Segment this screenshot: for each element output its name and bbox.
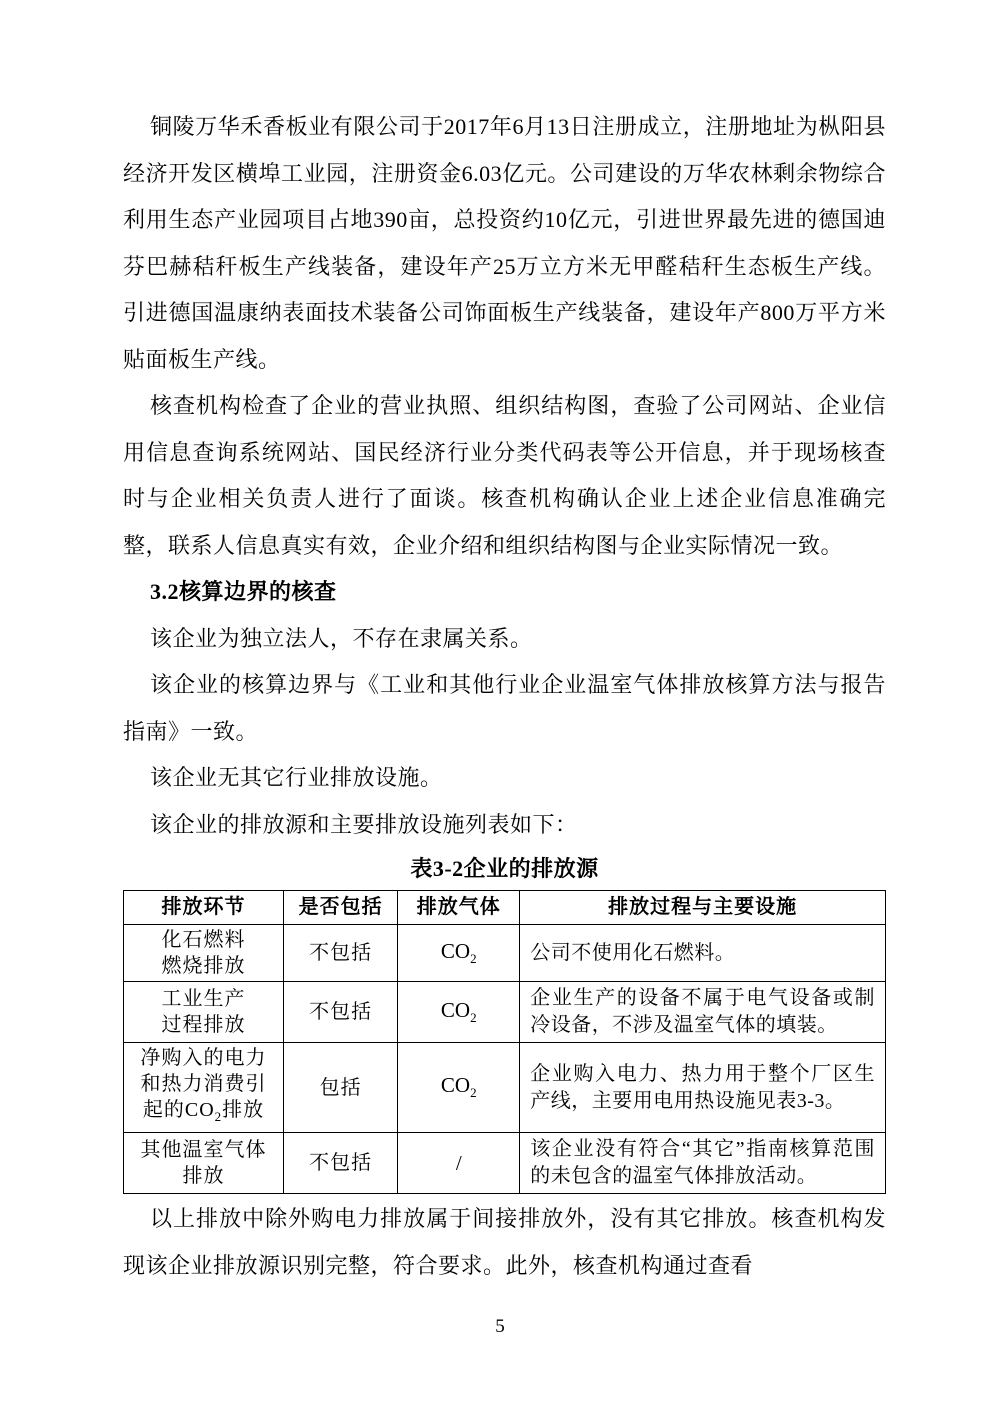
header-process-equipment: 排放过程与主要设施 <box>520 891 886 925</box>
header-included: 是否包括 <box>284 891 398 925</box>
table-body: 化石燃料燃烧排放不包括CO2公司不使用化石燃料。工业生产过程排放不包括CO2企业… <box>124 925 886 1194</box>
paragraph-closing: 以上排放中除外购电力排放属于间接排放外，没有其它排放。核查机构发现该企业排放源识… <box>123 1196 886 1289</box>
table-title: 表3-2企业的排放源 <box>123 848 886 890</box>
document-page: 铜陵万华禾香板业有限公司于2017年6月13日注册成立，注册地址为枞阳县经济开发… <box>0 0 1000 1289</box>
emission-gas-cell: CO2 <box>398 982 520 1043</box>
process-equipment-cell: 企业购入电力、热力用于整个厂区生产线，主要用电用热设施见表3-3。 <box>520 1043 886 1133</box>
table-row: 工业生产过程排放不包括CO2企业生产的设备不属于电气设备或制冷设备，不涉及温室气… <box>124 982 886 1043</box>
table-header-row: 排放环节 是否包括 排放气体 排放过程与主要设施 <box>124 891 886 925</box>
page-number: 5 <box>0 1316 1000 1338</box>
emission-gas-cell: CO2 <box>398 1043 520 1133</box>
table-row: 化石燃料燃烧排放不包括CO2公司不使用化石燃料。 <box>124 925 886 982</box>
section-paragraph-list-intro: 该企业的排放源和主要排放设施列表如下： <box>123 802 886 849</box>
included-cell: 不包括 <box>284 1133 398 1194</box>
section-paragraph-legal-entity: 该企业为独立法人，不存在隶属关系。 <box>123 616 886 663</box>
process-equipment-cell: 企业生产的设备不属于电气设备或制冷设备，不涉及温室气体的填装。 <box>520 982 886 1043</box>
included-cell: 不包括 <box>284 982 398 1043</box>
emission-gas-cell: CO2 <box>398 925 520 982</box>
paragraph-company-intro: 铜陵万华禾香板业有限公司于2017年6月13日注册成立，注册地址为枞阳县经济开发… <box>123 104 886 383</box>
table-row: 净购入的电力和热力消费引起的CO2排放包括CO2企业购入电力、热力用于整个厂区生… <box>124 1043 886 1133</box>
process-equipment-cell: 该企业没有符合“其它”指南核算范围的未包含的温室气体排放活动。 <box>520 1133 886 1194</box>
section-heading: 3.2核算边界的核查 <box>123 569 886 616</box>
paragraph-verification-check: 核查机构检查了企业的营业执照、组织结构图，查验了公司网站、企业信用信息查询系统网… <box>123 383 886 569</box>
emission-stage-cell: 工业生产过程排放 <box>124 982 284 1043</box>
section-paragraph-boundary: 该企业的核算边界与《工业和其他行业企业温室气体排放核算方法与报告指南》一致。 <box>123 662 886 755</box>
emission-gas-cell: / <box>398 1133 520 1194</box>
table-row: 其他温室气体排放不包括/该企业没有符合“其它”指南核算范围的未包含的温室气体排放… <box>124 1133 886 1194</box>
emission-stage-cell: 其他温室气体排放 <box>124 1133 284 1194</box>
included-cell: 包括 <box>284 1043 398 1133</box>
header-emission-stage: 排放环节 <box>124 891 284 925</box>
emission-sources-table: 排放环节 是否包括 排放气体 排放过程与主要设施 化石燃料燃烧排放不包括CO2公… <box>123 890 886 1194</box>
header-emission-gas: 排放气体 <box>398 891 520 925</box>
emission-stage-cell: 化石燃料燃烧排放 <box>124 925 284 982</box>
section-paragraph-no-other-facilities: 该企业无其它行业排放设施。 <box>123 755 886 802</box>
process-equipment-cell: 公司不使用化石燃料。 <box>520 925 886 982</box>
included-cell: 不包括 <box>284 925 398 982</box>
emission-stage-cell: 净购入的电力和热力消费引起的CO2排放 <box>124 1043 284 1133</box>
